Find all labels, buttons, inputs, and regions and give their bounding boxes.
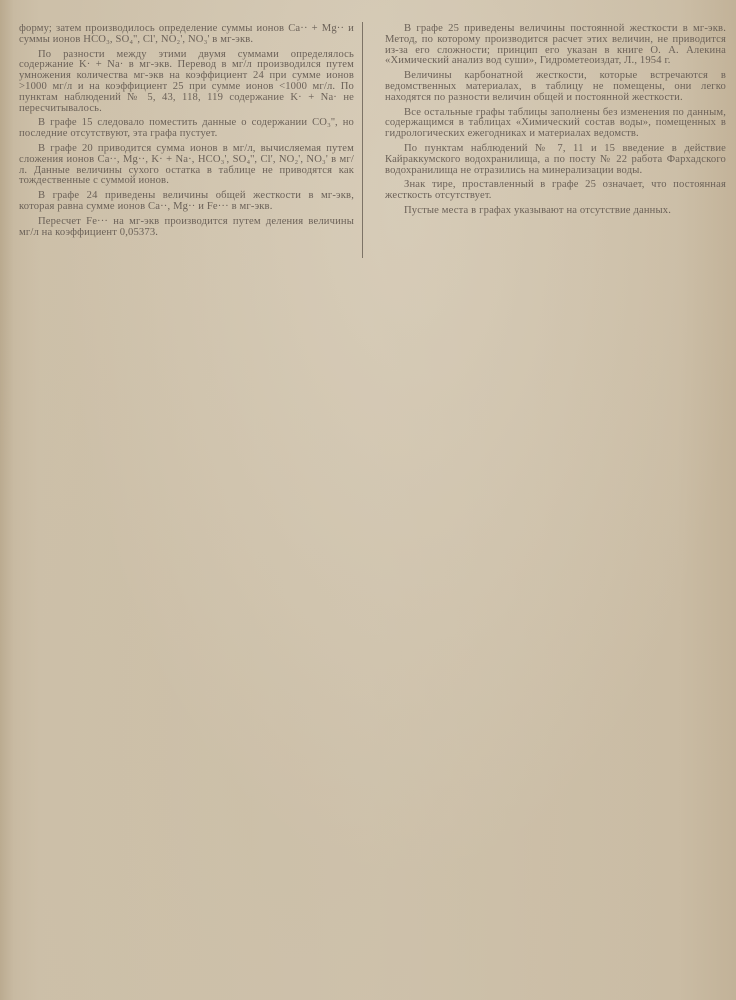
paragraph: В графе 25 приведены величины постоянной… xyxy=(385,24,726,67)
column-divider-rule xyxy=(362,22,363,258)
paragraph: Знак тире, проставленный в графе 25 озна… xyxy=(385,180,726,202)
paragraph: По пунктам наблюдений № 7, 11 и 15 введе… xyxy=(385,144,726,176)
paragraph: Пустые места в графах указывают на отсут… xyxy=(385,206,726,217)
paragraph: Пересчет Fe··· на мг-экв производится пу… xyxy=(19,217,354,239)
text-columns: форму; затем производилось определение с… xyxy=(19,24,719,264)
paragraph: В графе 15 следовало поместить данные о … xyxy=(19,118,354,140)
paragraph: В графе 24 приведены величины общей жест… xyxy=(19,191,354,213)
right-column: В графе 25 приведены величины постоянной… xyxy=(385,24,726,221)
paragraph: Величины карбонатной жесткости, которые … xyxy=(385,71,726,103)
paragraph: форму; затем производилось определение с… xyxy=(19,24,354,46)
paragraph: По разности между этими двумя суммами оп… xyxy=(19,50,354,115)
paragraph: Все остальные графы таблицы заполнены бе… xyxy=(385,108,726,140)
left-column: форму; затем производилось определение с… xyxy=(19,24,354,242)
paragraph: В графе 20 приводится сумма ионов в мг/л… xyxy=(19,144,354,187)
scanned-page: форму; затем производилось определение с… xyxy=(0,0,736,1000)
